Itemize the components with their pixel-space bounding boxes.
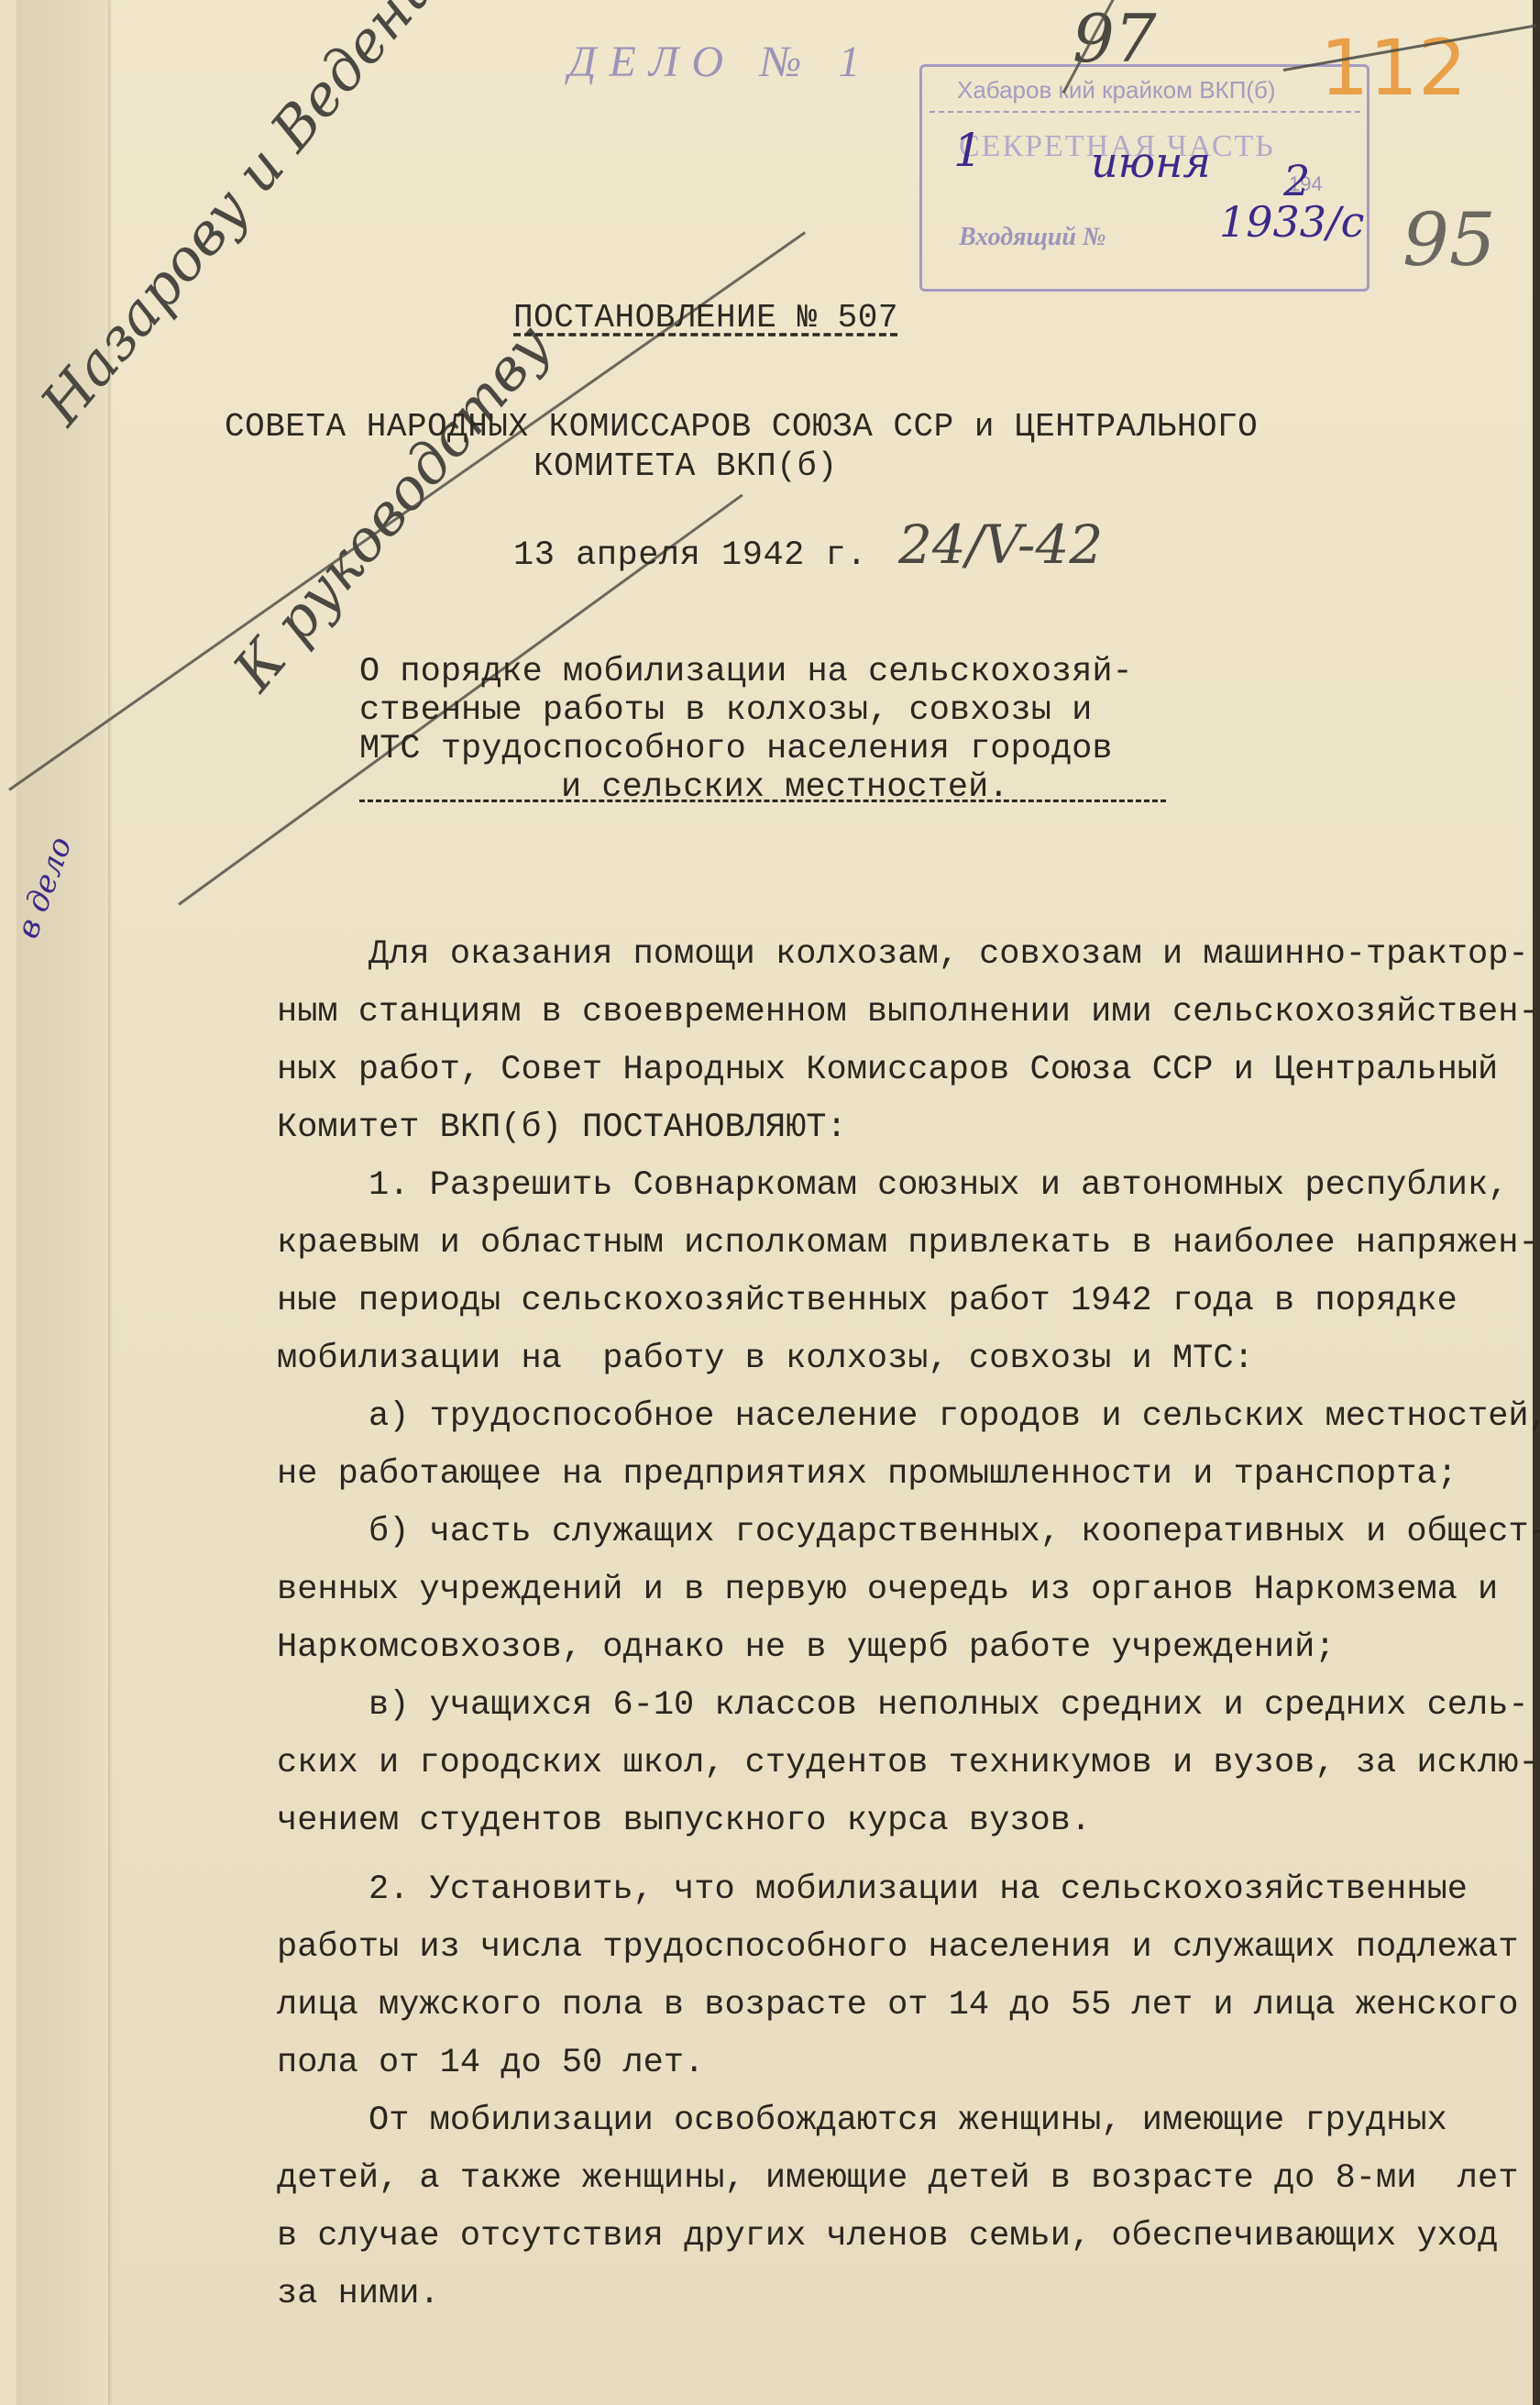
body-line: чением студентов выпускного курса вузов. [277, 1793, 1533, 1850]
body-line: в) учащихся 6-10 классов неполных средни… [277, 1677, 1533, 1735]
stamp-incoming-number: 1933/с [1219, 197, 1364, 247]
binding-strip [0, 0, 17, 2405]
subject-line: ственные работы в колхозы, совхозы и [359, 691, 1133, 730]
body-line: работы из числа трудоспособного населени… [277, 1919, 1533, 1977]
page-number: 95 [1402, 197, 1496, 282]
body-line: краевым и областным исполкомам привлекат… [277, 1215, 1533, 1273]
page-edge [1533, 0, 1540, 2405]
body-line: не работающее на предприятиях промышленн… [277, 1446, 1533, 1504]
body-line: ные периоды сельскохозяйственных работ 1… [277, 1273, 1533, 1330]
orange-page-number: 112 [1320, 23, 1467, 113]
body-line: лица мужского пола в возрасте от 14 до 5… [277, 1977, 1533, 2035]
document-title: ПОСТАНОВЛЕНИЕ № 507 [513, 299, 898, 336]
stamp-day: 1 [953, 124, 983, 177]
subject-underline [359, 800, 1166, 802]
body-line: Для оказания помощи колхозам, совхозам и… [277, 926, 1533, 984]
body-line: Комитет ВКП(б) ПОСТАНОВЛЯЮТ: [277, 1099, 1533, 1157]
body-line: Наркомсовхозов, однако не в ущерб работе… [277, 1619, 1533, 1677]
body-line: пола от 14 до 50 лет. [277, 2035, 1533, 2092]
stamp-divider [929, 111, 1360, 113]
body-line: 1. Разрешить Совнаркомам союзных и автон… [277, 1157, 1533, 1215]
stamp-incoming-label: Входящий № [959, 223, 1106, 252]
body-line: ных работ, Совет Народных Комиссаров Сою… [277, 1042, 1533, 1099]
body-line: От мобилизации освобождаются женщины, им… [277, 2092, 1533, 2150]
subject-line: МТС трудоспособного населения городов [359, 730, 1133, 768]
body-line: детей, а также женщины, имеющие детей в … [277, 2150, 1533, 2208]
resolution-date: 24/V-42 [898, 513, 1103, 576]
body-line: венных учреждений и в первую очередь из … [277, 1561, 1533, 1619]
issuer-line-1: СОВЕТА НАРОДНЫХ КОМИССАРОВ СОЮЗА ССР и Ц… [225, 408, 1258, 446]
body-line: за ними. [277, 2266, 1533, 2323]
body-line: в случае отсутствия других членов семьи,… [277, 2208, 1533, 2266]
paragraph-gap [277, 1850, 1533, 1861]
body-line: б) часть служащих государственных, коопе… [277, 1504, 1533, 1561]
document-date: 13 апреля 1942 г. [513, 536, 867, 575]
stamp-month: июня [1091, 138, 1211, 187]
document-subject: О порядке мобилизации на сельскохозяй- с… [359, 653, 1133, 807]
body-line: 2. Установить, что мобилизации на сельск… [277, 1861, 1533, 1919]
document-body: Для оказания помощи колхозам, совхозам и… [277, 926, 1533, 2323]
subject-line: О порядке мобилизации на сельскохозяй- [359, 653, 1133, 691]
crossed-page-number: 97 [1072, 0, 1157, 77]
body-line: ным станциям в своевременном выполнении … [277, 984, 1533, 1042]
body-line: а) трудоспособное население городов и се… [277, 1388, 1533, 1446]
body-line: ских и городских школ, студентов технику… [277, 1735, 1533, 1793]
stamp-organization: Хабаров кий крайком ВКП(б) [957, 76, 1276, 105]
body-line: мобилизации на работу в колхозы, совхозы… [277, 1330, 1533, 1388]
issuer-line-2: КОМИТЕТА ВКП(б) [533, 447, 838, 485]
case-number-stamp: ДЕЛО № 1 [568, 37, 873, 87]
